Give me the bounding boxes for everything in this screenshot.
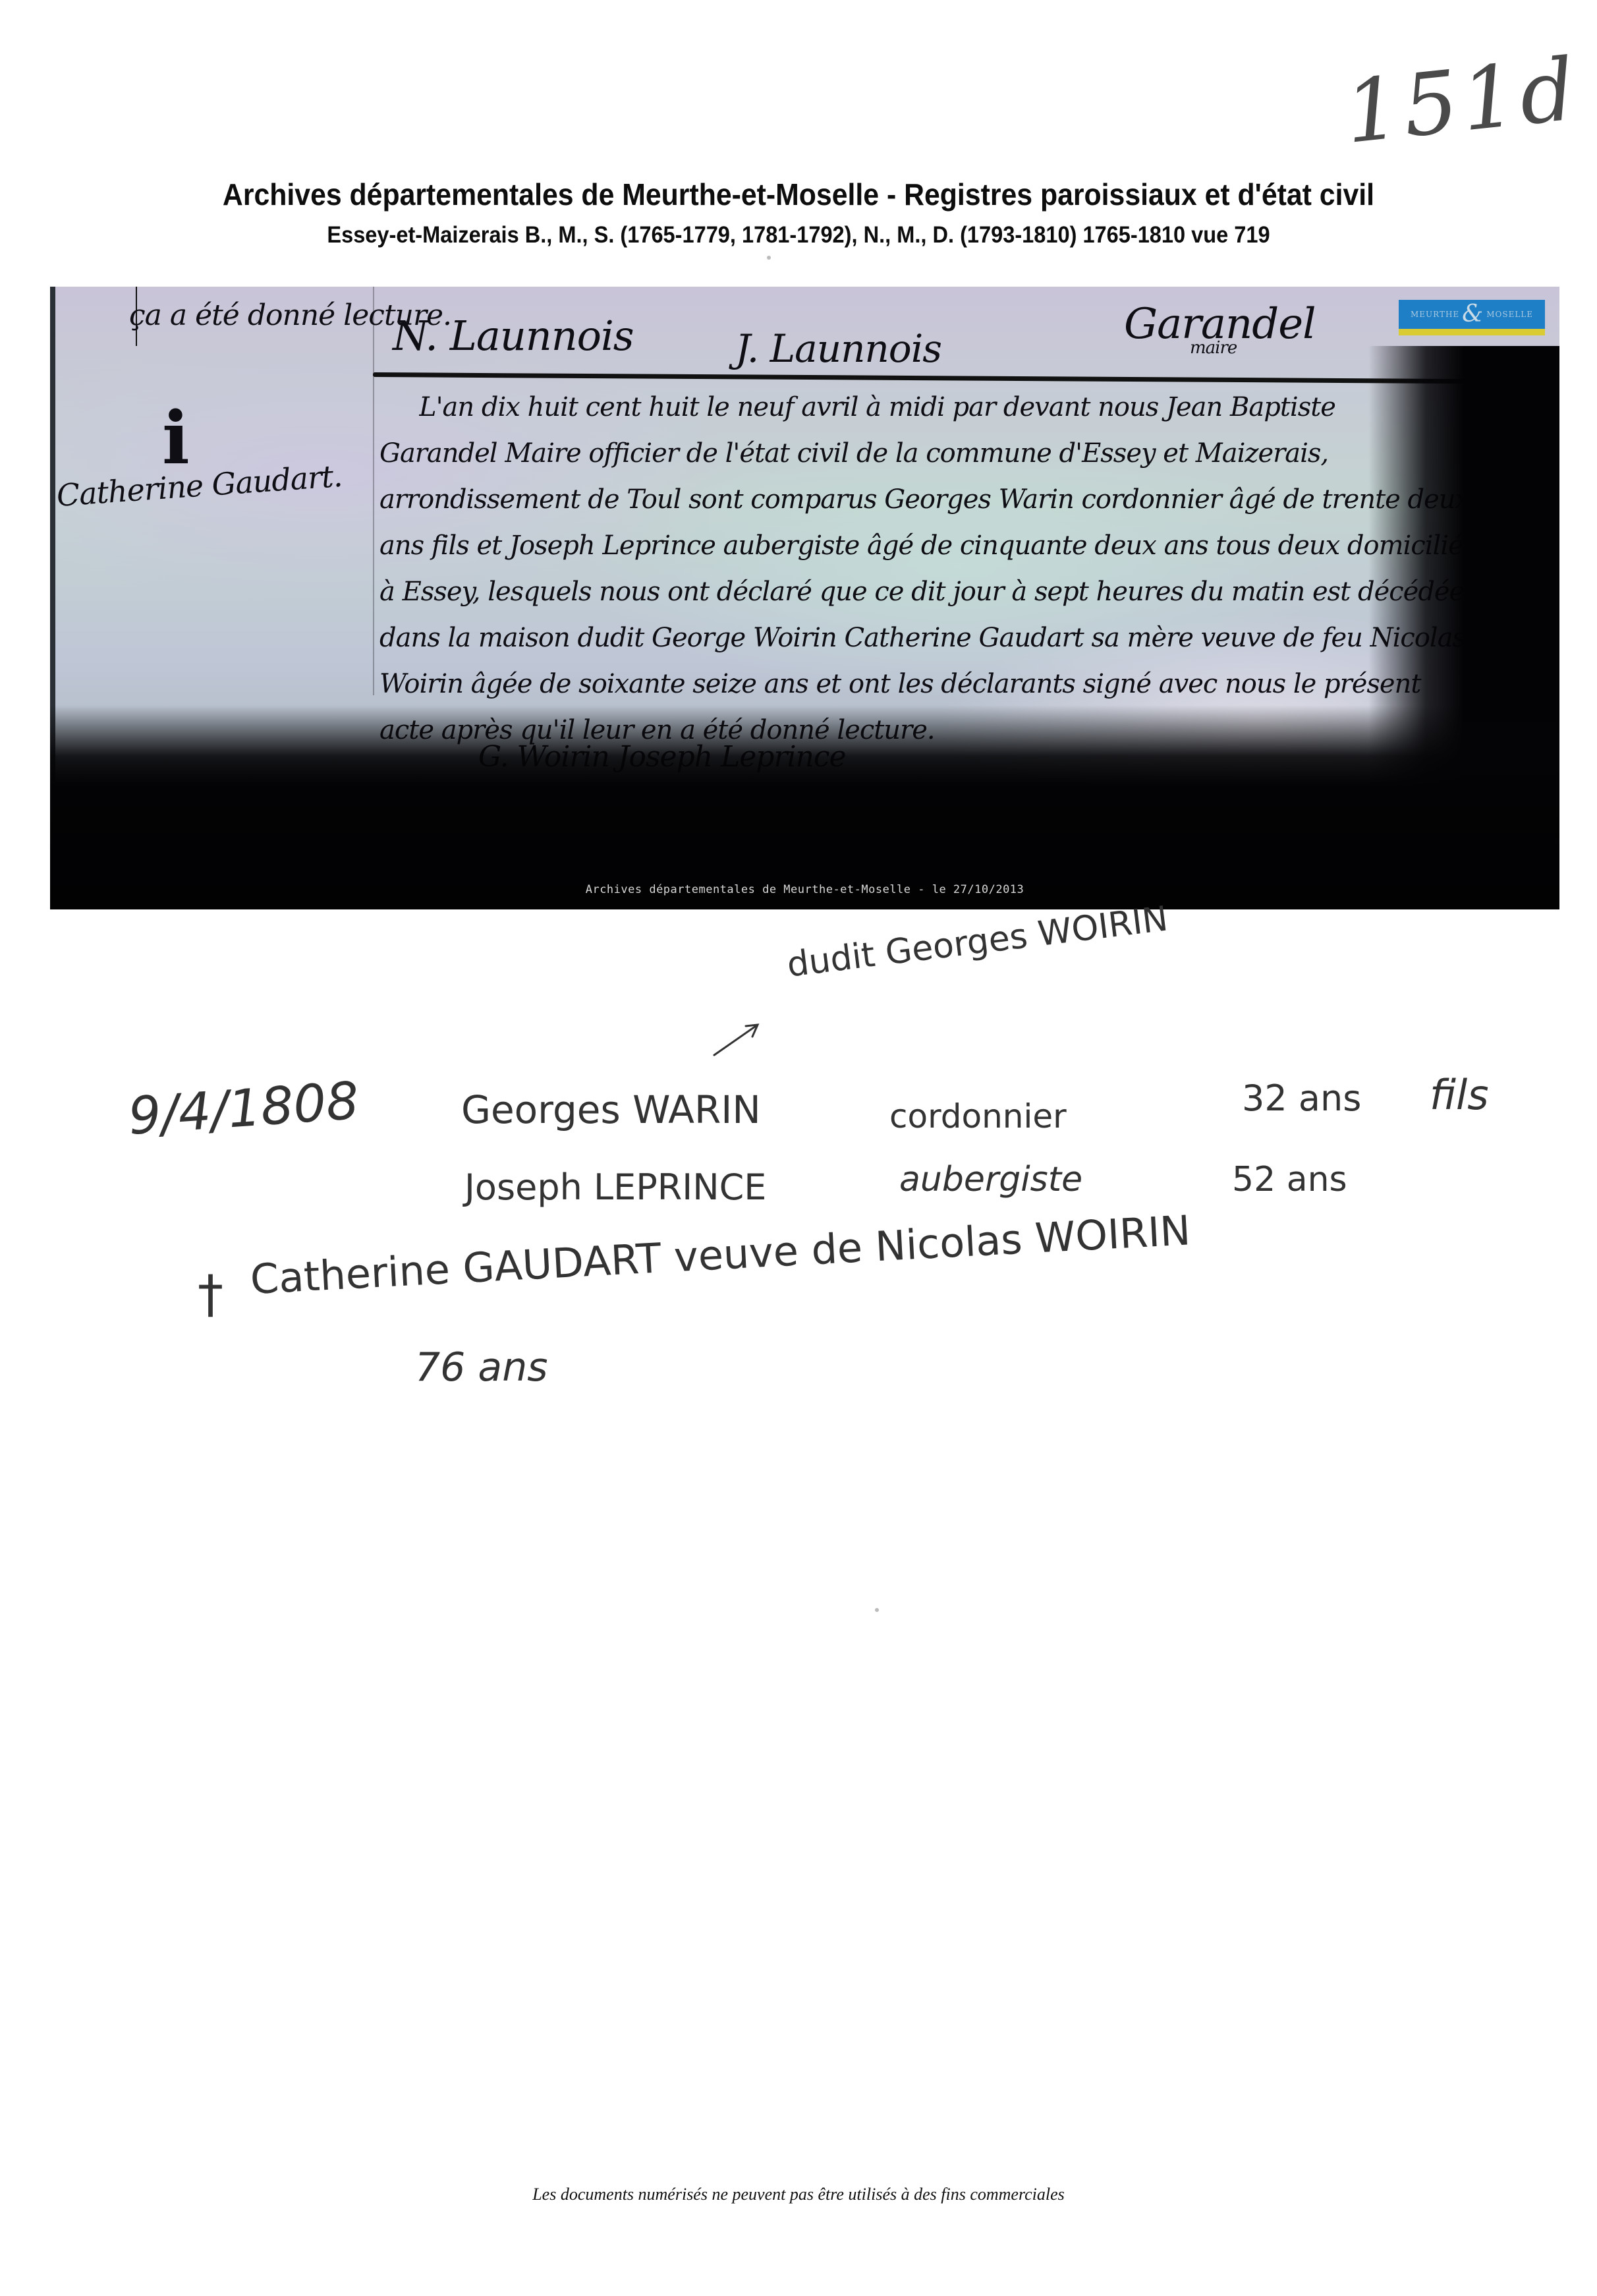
margin-deceased-name: Catherine Gaudart. [55, 458, 343, 513]
note-declarant-2-name: Joseph LEPRINCE [464, 1166, 766, 1208]
entry-separator-rule [373, 372, 1493, 384]
margin-rule [373, 287, 374, 695]
death-cross-icon: † [198, 1265, 223, 1325]
ampersand-icon: & [1462, 302, 1484, 326]
signature-2: J. Launnois [735, 326, 941, 371]
scan-speck [767, 256, 771, 260]
arrow-up-right-icon [712, 1018, 764, 1058]
archive-title: Archives départementales de Meurthe-et-M… [56, 177, 1541, 212]
manuscript-line: dans la maison dudit George Woirin Cathe… [379, 623, 1486, 653]
register-subtitle: Essey-et-Maizerais B., M., S. (1765-1779… [56, 222, 1541, 248]
scan-bottom-shadow [50, 705, 1559, 909]
annotation-dudit: dudit Georges WOIRIN [785, 899, 1170, 985]
usage-notice: Les documents numérisés ne peuvent pas ê… [0, 2185, 1597, 2204]
note-deceased: Catherine GAUDART veuve de Nicolas WOIRI… [249, 1206, 1192, 1304]
folio-number: 151d [1340, 39, 1583, 163]
scan-watermark: Archives départementales de Meurthe-et-M… [50, 883, 1559, 896]
note-declarant-2-age: 52 ans [1232, 1160, 1347, 1199]
manuscript-line: Woirin âgée de soixante seize ans et ont… [379, 669, 1486, 699]
scan-speck [875, 1608, 879, 1612]
note-declarant-1-name: Georges WARIN [461, 1087, 761, 1132]
manuscript-line: à Essey, lesquels nous ont déclaré que c… [379, 577, 1486, 607]
logo-left-text: MEURTHE [1411, 310, 1459, 319]
act-number: i [162, 395, 189, 480]
logo-right-text: MOSELLE [1486, 310, 1533, 319]
note-declarant-2-occupation: aubergiste [899, 1160, 1082, 1199]
note-deceased-age: 76 ans [415, 1344, 547, 1391]
manuscript-line: arrondissement de Toul sont comparus Geo… [379, 484, 1486, 515]
note-declarant-1-relation: fils [1430, 1071, 1489, 1119]
note-date: 9/4/1808 [126, 1072, 361, 1147]
manuscript-line: L'an dix huit cent huit le neuf avril à … [419, 392, 1526, 422]
note-declarant-1-occupation: cordonnier [889, 1097, 1067, 1135]
meurthe-et-moselle-logo: MEURTHE & MOSELLE [1399, 300, 1545, 329]
manuscript-line: ans fils et Joseph Leprince aubergiste â… [379, 531, 1486, 561]
signature-mayor-title: maire [1190, 338, 1237, 358]
note-declarant-1-age: 32 ans [1242, 1077, 1361, 1119]
manuscript-line: Garandel Maire officier de l'état civil … [379, 438, 1486, 469]
manuscript-scan: ça a été donné lecture. N. Launnois J. L… [50, 287, 1559, 909]
logo-yellow-strip [1399, 329, 1545, 335]
signature-1: N. Launnois [393, 312, 634, 360]
